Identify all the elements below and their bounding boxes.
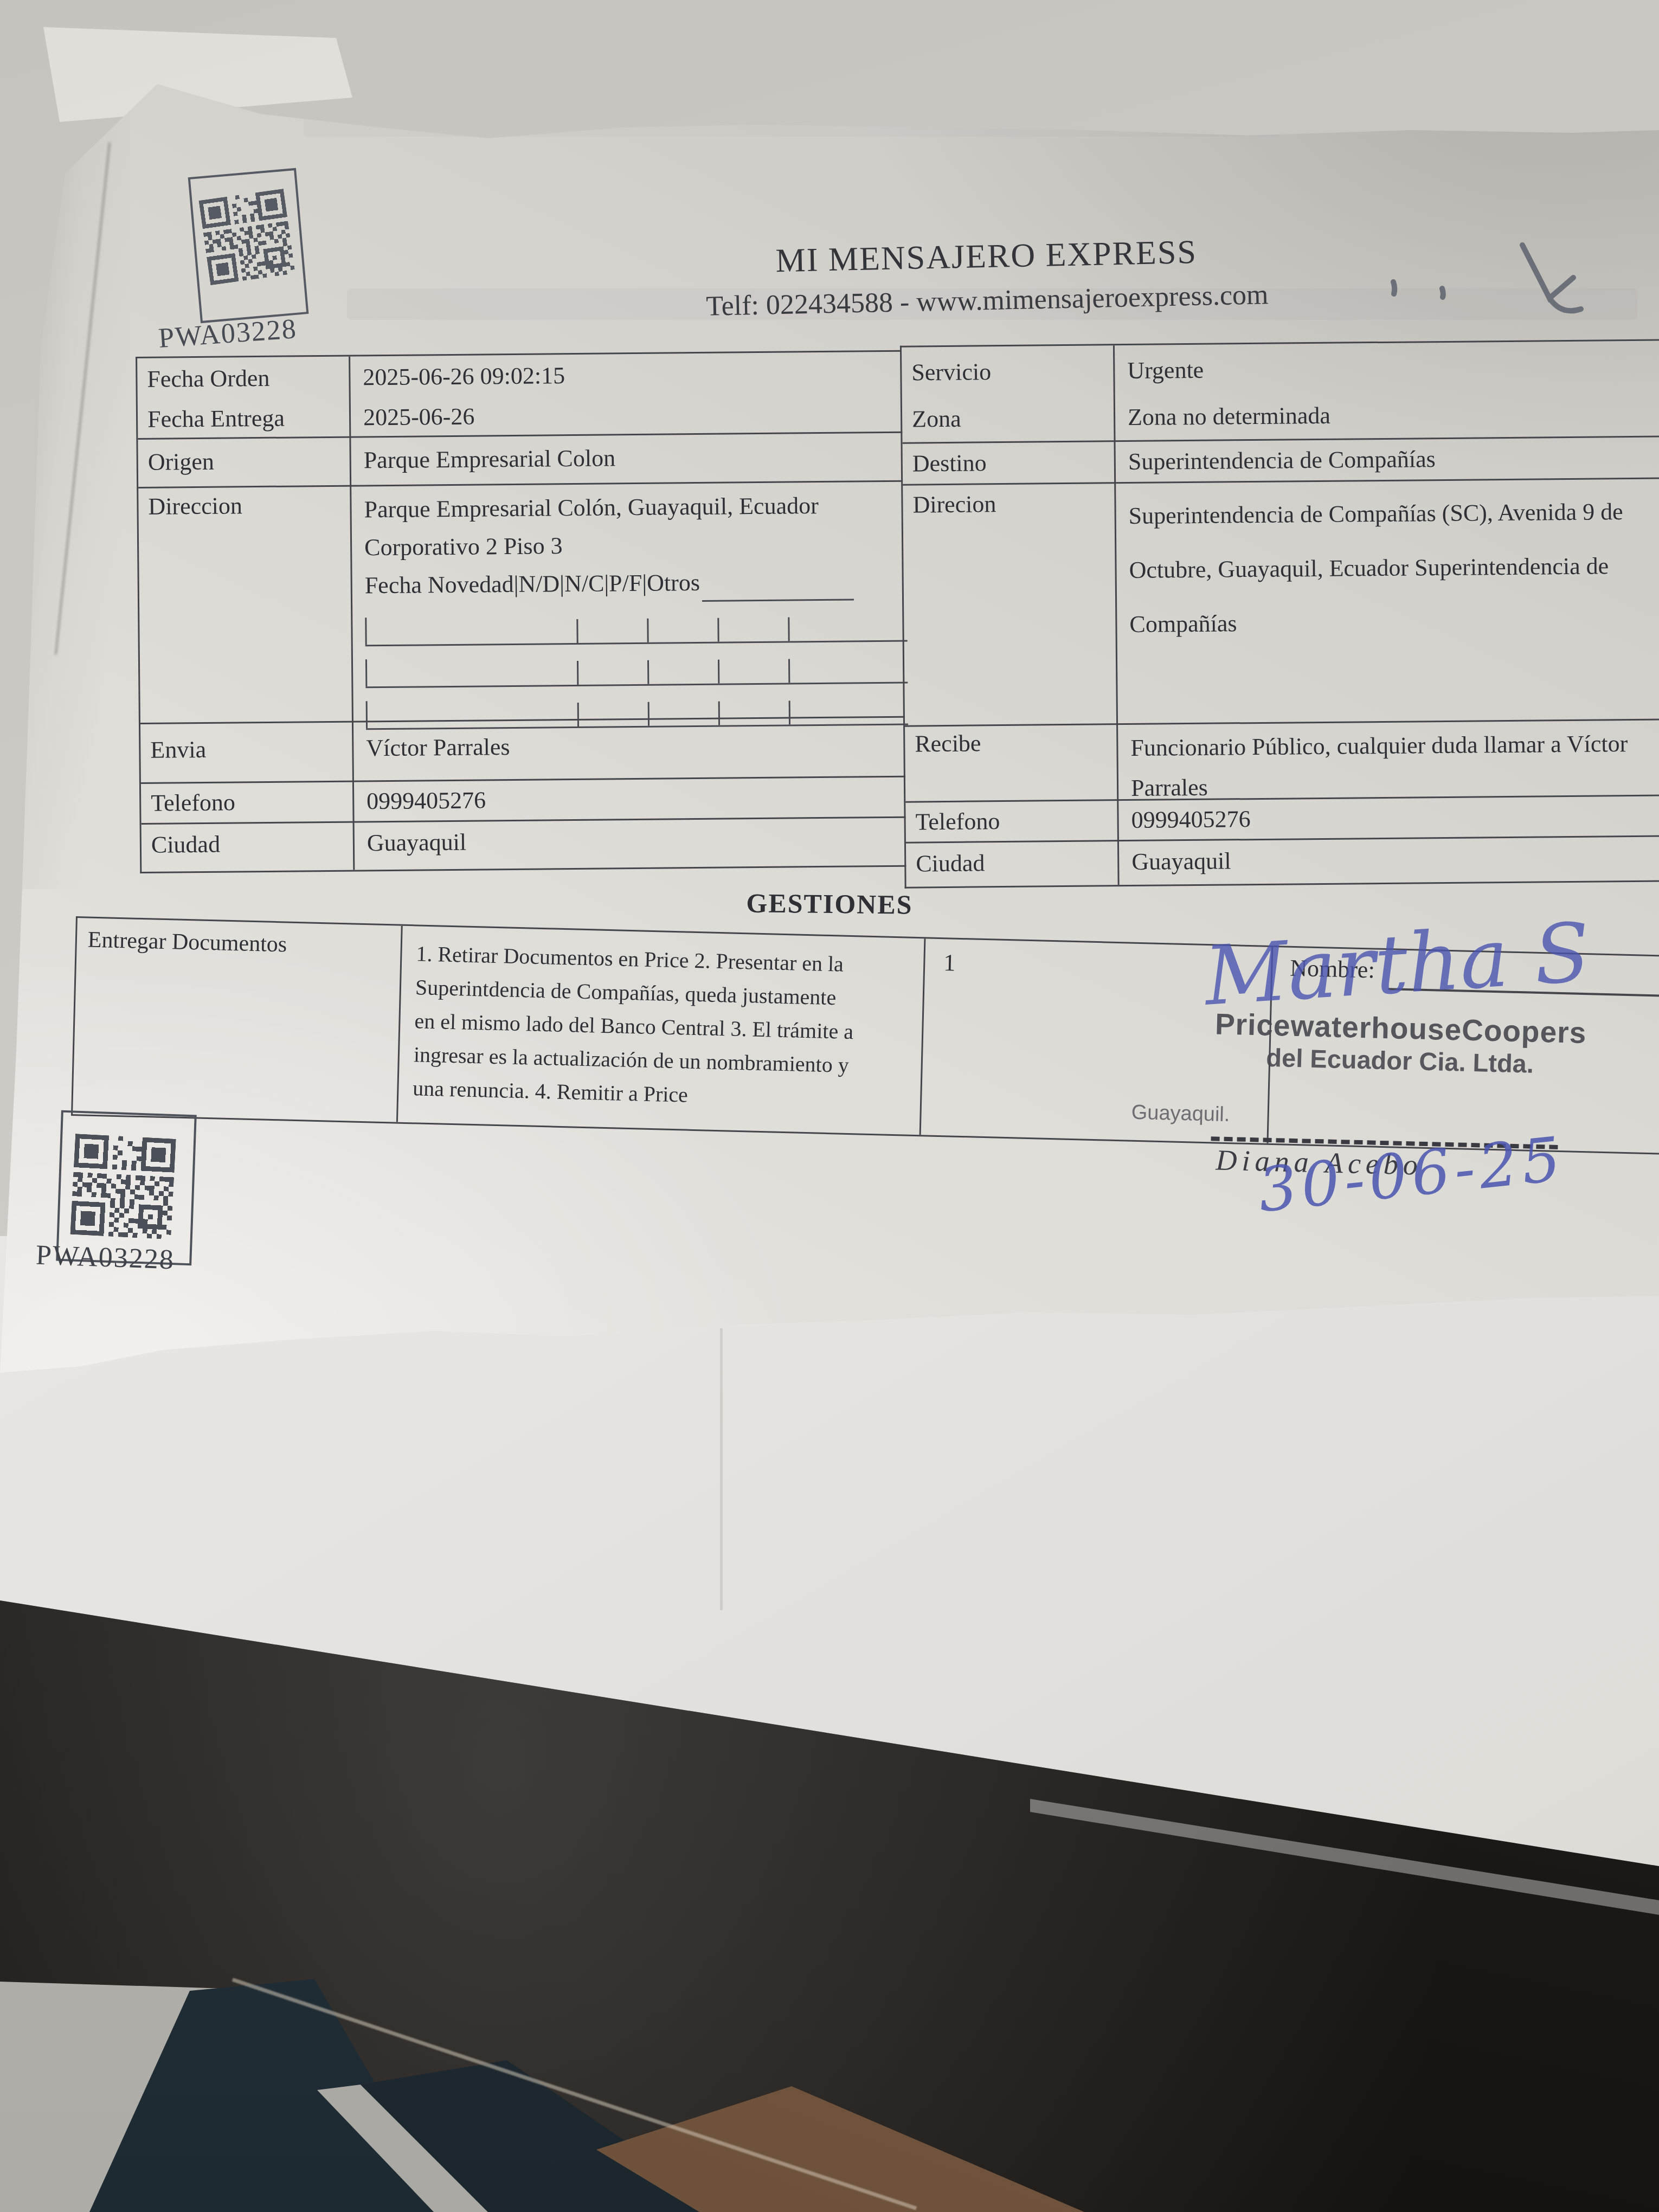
address-line: Octubre, Guayaquil, Ecuador Superintende… [1129,538,1659,597]
field-value: Urgente [1127,343,1659,394]
photo-of-courier-slip: PWA03228 MI MENSAJERO EXPRESS Telf: 0224… [0,0,1659,2212]
field-row-direccion: Direccion Parque Empresarial Colón, Guay… [138,482,905,724]
gestiones-task-cell: Entregar Documentos [73,918,403,1122]
blank-tick-row [365,684,908,730]
field-label: Ciudad [906,841,1118,889]
field-row-direcion: Direcion Superintendencia de Compañías (… [903,479,1659,726]
blank-tick-row [365,642,908,689]
tracking-code-bottom: PWA03228 [35,1239,175,1276]
field-value: Zona no determinada [1128,389,1659,441]
order-table-left: Fecha Orden Fecha Entrega 2025-06-26 09:… [136,350,906,873]
slip-header: MI MENSAJERO EXPRESS Telf: 022434588 - w… [585,229,1389,325]
order-table-right: Servicio Zona Urgente Zona no determinad… [900,339,1659,888]
field-value: Funcionario Público, cualquier duda llam… [1130,723,1659,768]
field-label: Envia [140,723,352,782]
field-value: 2025-06-26 09:02:15 [363,353,902,398]
gestiones-table: Entregar Documentos 1. Retirar Documento… [71,916,1659,1154]
field-label: Servicio [911,348,1114,396]
field-row-telefono: Telefono 0999405276 [905,796,1659,843]
tracking-code-top: PWA03228 [157,313,298,355]
pen-scribble-mark [1377,228,1610,358]
field-row-ciudad: Ciudad Guayaquil [906,837,1659,889]
field-value: Guayaquil [353,818,906,869]
address-line: Corporativo 2 Piso 3 [364,524,907,567]
field-row-origen: Origen Parque Empresarial Colon [138,433,903,488]
field-value: 2025-06-26 [363,393,903,438]
field-label: Destino [903,442,1115,484]
field-label: Origen [138,438,350,487]
field-label: Direccion [138,487,352,723]
qr-code-top-box [188,168,309,323]
field-label: Fecha Entrega [147,398,350,440]
task-label: Entregar Documentos [76,918,401,961]
field-value: Guayaquil [1117,837,1659,888]
blank-underline [702,574,854,601]
field-row-telefono: Telefono 0999405276 [141,777,906,825]
address-line: Superintendencia de Compañías (SC), Aven… [1128,484,1659,543]
field-value: 0999405276 [352,777,906,821]
field-row-destino: Destino Superintendencia de Compañías [903,437,1659,485]
order-table: Fecha Orden Fecha Entrega 2025-06-26 09:… [136,339,1659,899]
blank-tick-row [365,600,908,647]
field-value: 0999405276 [1117,796,1659,840]
gestiones-description-cell: 1. Retirar Documentos en Price 2. Presen… [398,926,926,1135]
field-value: Superintendencia de Compañías [1114,437,1659,482]
field-row-servicio-zona: Servicio Zona Urgente Zona no determinad… [902,340,1659,443]
field-label: Recibe [905,725,1117,801]
field-label: Direcion [903,484,1116,725]
novedad-label: Fecha Novedad|N/D|N/C|P/F|Otros [364,564,700,605]
qr-code-icon [198,189,295,285]
courier-slip: PWA03228 MI MENSAJERO EXPRESS Telf: 0224… [0,76,1659,1388]
field-label: Telefono [905,801,1117,841]
field-label: Telefono [141,782,353,823]
field-row-recibe: Recibe Funcionario Público, cualquier du… [905,720,1659,802]
field-value: Parque Empresarial Colon [349,433,903,485]
qr-code-icon [70,1134,176,1239]
underlying-paper-edge [720,1328,723,1610]
field-label: Ciudad [142,823,353,871]
field-label: Zona [912,394,1114,442]
field-label: Fecha Orden [147,358,349,400]
company-name: MI MENSAJERO EXPRESS [585,229,1388,285]
company-stamp-city: Guayaquil. [1131,1101,1230,1127]
field-row-ciudad: Ciudad Guayaquil [142,818,906,871]
field-row-fechas: Fecha Orden Fecha Entrega 2025-06-26 09:… [137,352,902,440]
address-line: Compañías [1129,593,1659,652]
address-line: Parque Empresarial Colón, Guayaquil, Ecu… [364,486,906,529]
